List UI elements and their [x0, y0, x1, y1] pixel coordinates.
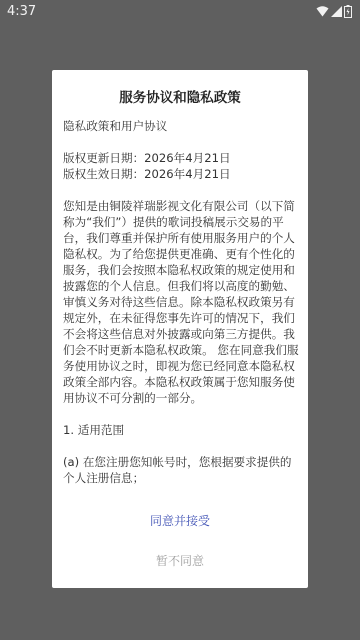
accept-button[interactable]: 同意并接受: [52, 512, 308, 529]
decline-button[interactable]: 暂不同意: [52, 552, 308, 569]
status-bar: 4:37: [0, 0, 360, 24]
policy-subtitle: 隐私政策和用户协议: [63, 118, 299, 134]
update-date: 版权更新日期：2026年4月21日: [63, 150, 299, 166]
effective-date: 版权生效日期：2026年4月21日: [63, 166, 299, 182]
policy-item-a: (a) 在您注册您知帐号时，您根据要求提供的个人注册信息；: [63, 454, 299, 486]
status-icons: [316, 5, 352, 18]
status-time: 4:37: [7, 4, 36, 19]
privacy-dialog: 服务协议和隐私政策 隐私政策和用户协议 版权更新日期：2026年4月21日 版权…: [52, 70, 308, 588]
policy-scroll-content[interactable]: 隐私政策和用户协议 版权更新日期：2026年4月21日 版权生效日期：2026年…: [63, 118, 299, 494]
section-heading: 1. 适用范围: [63, 422, 299, 438]
policy-intro: 您知是由铜陵祥瑞影视文化有限公司（以下简称为“我们”）提供的歌词投稿展示交易的平…: [63, 198, 299, 406]
signal-icon: [331, 6, 342, 17]
battery-charging-icon: [344, 5, 352, 18]
wifi-icon: [316, 6, 329, 17]
dialog-title: 服务协议和隐私政策: [52, 86, 308, 106]
